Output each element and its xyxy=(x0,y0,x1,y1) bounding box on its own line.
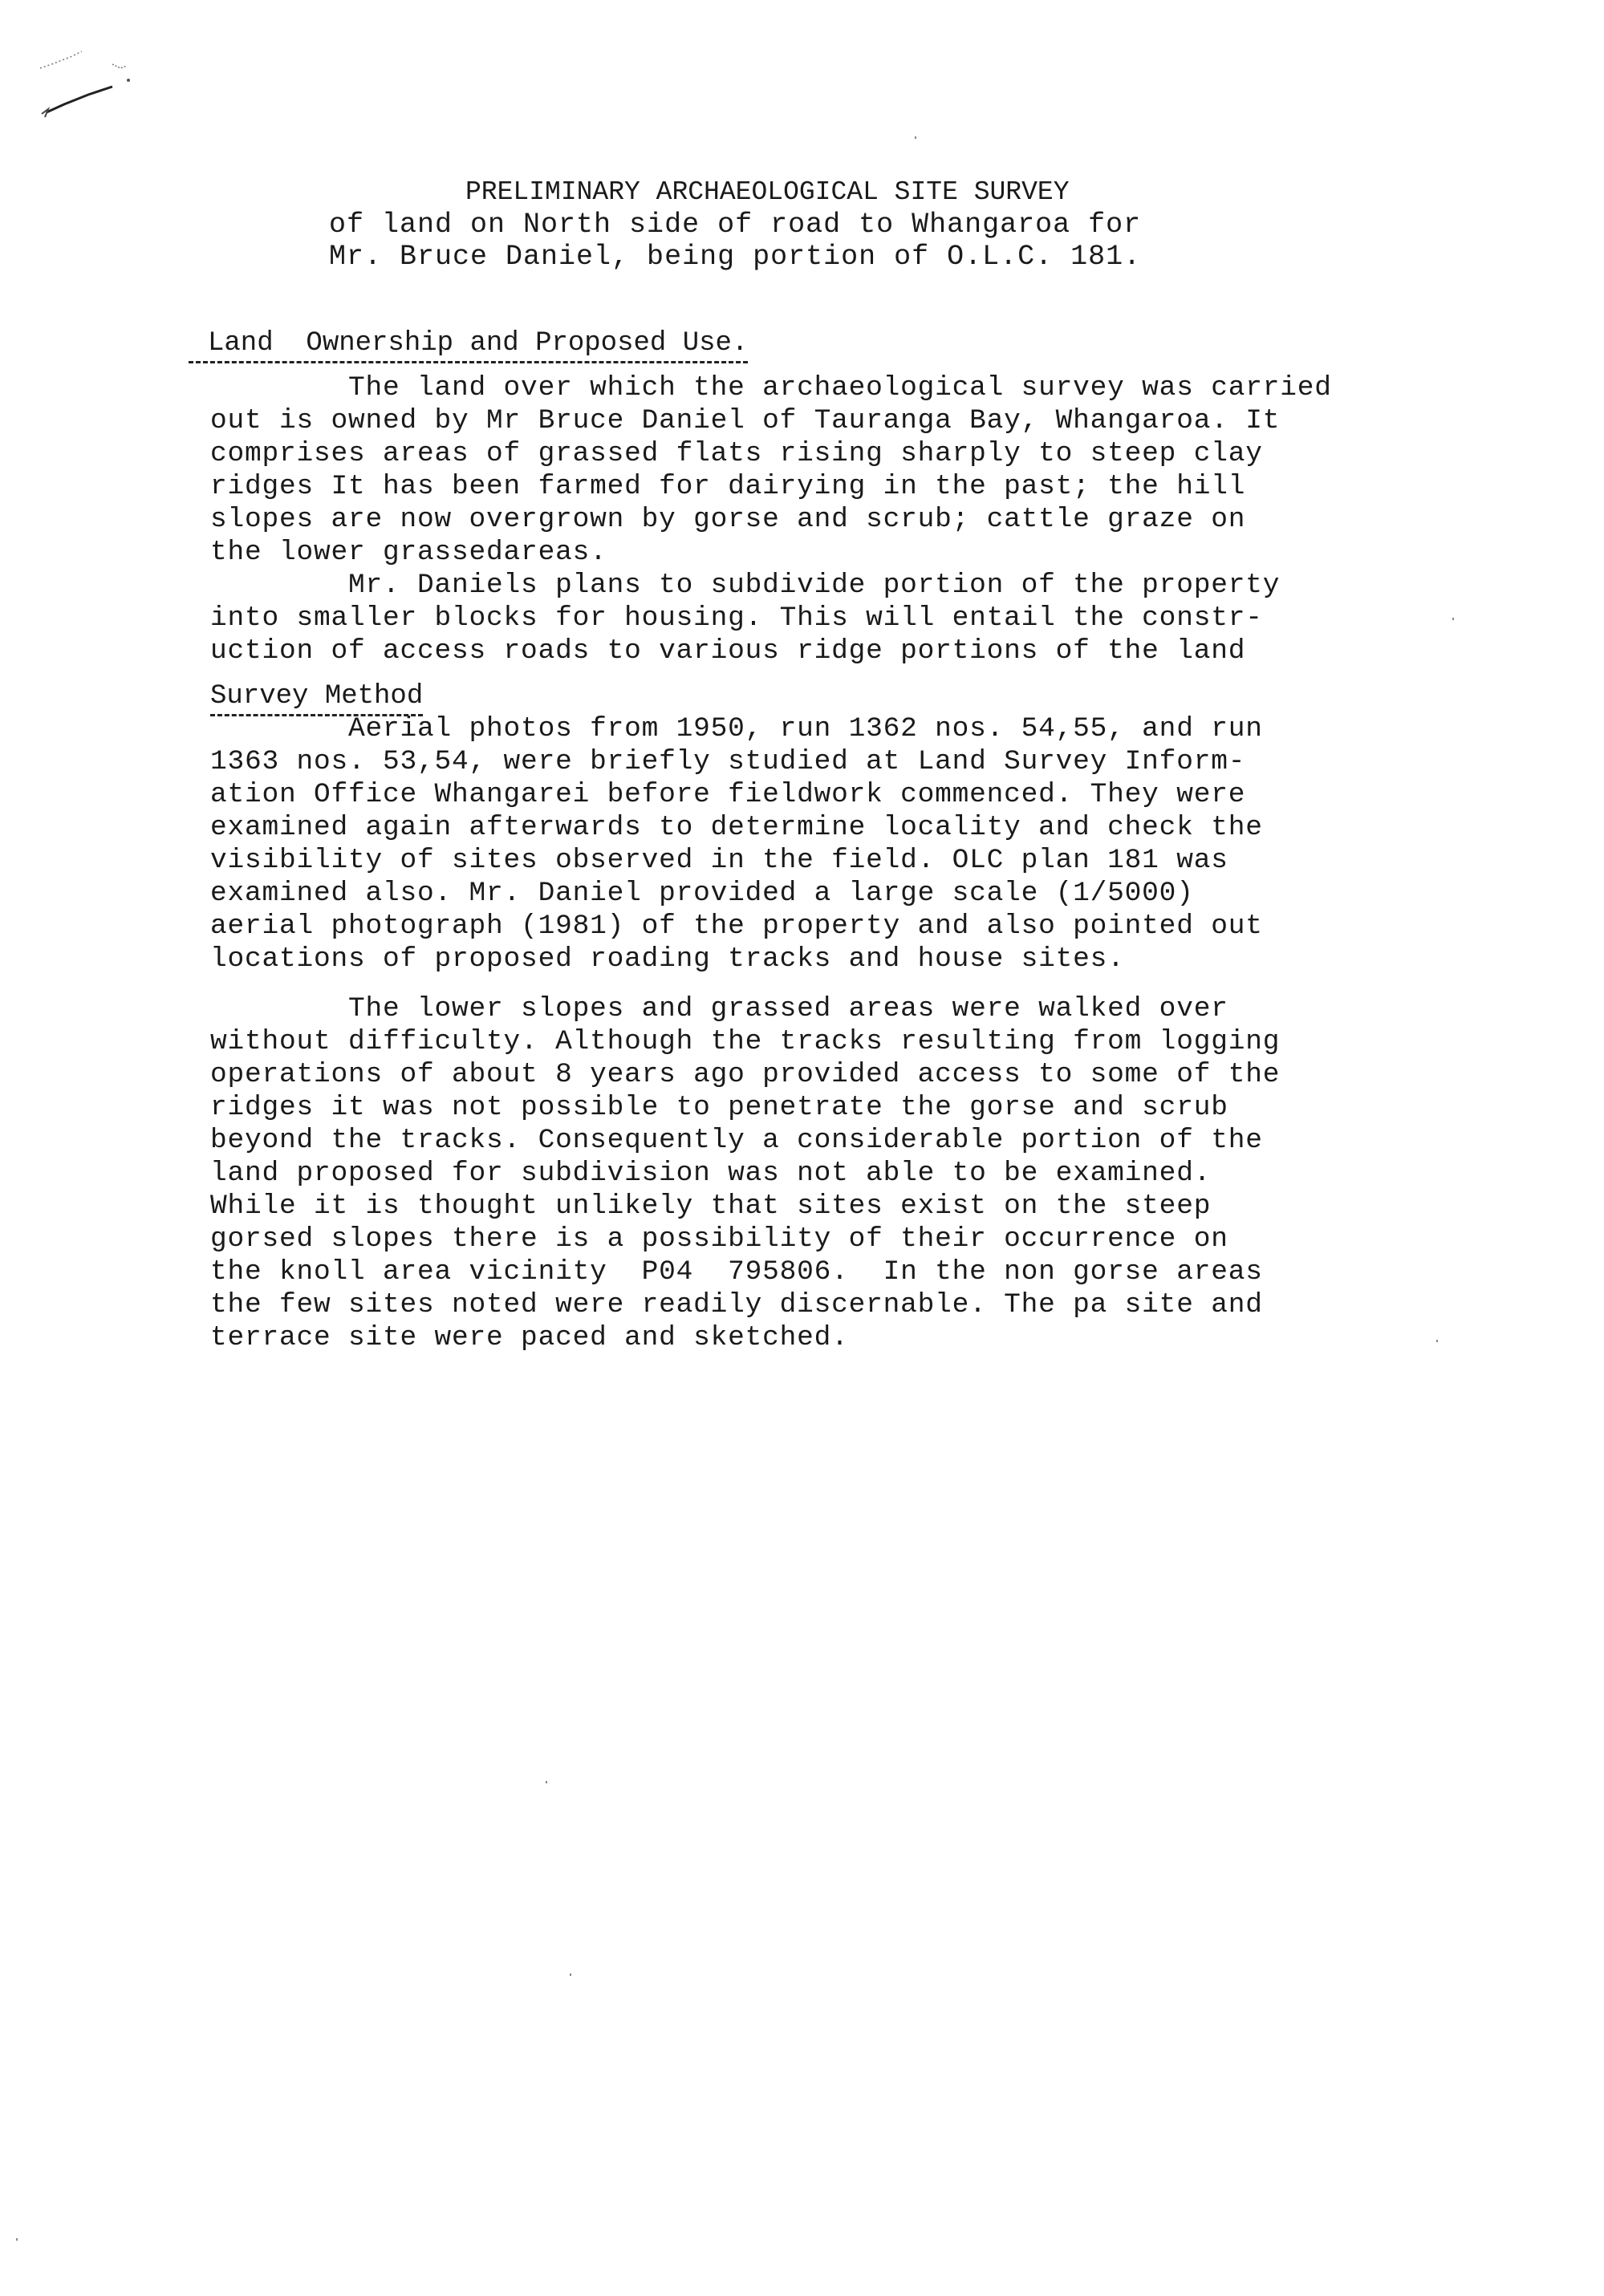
scan-speck xyxy=(1452,618,1454,620)
scan-speck xyxy=(546,1781,547,1783)
title-line-2: of land on North side of road to Whangar… xyxy=(329,209,1141,241)
section-heading-survey-method: Survey Method xyxy=(210,680,423,716)
scan-speck xyxy=(570,1974,571,1976)
scan-speck xyxy=(16,2238,18,2241)
paragraph-land-description: The land over which the archaeological s… xyxy=(210,371,1446,569)
paragraph-proposed-use: Mr. Daniels plans to subdivide portion o… xyxy=(210,569,1446,667)
document-page: PRELIMINARY ARCHAEOLOGICAL SITE SURVEY o… xyxy=(0,0,1604,2296)
pen-scribble-mark xyxy=(32,32,136,128)
paragraph-aerial-photos: Aerial photos from 1950, run 1362 nos. 5… xyxy=(210,712,1446,976)
title-line-3: Mr. Bruce Daniel, being portion of O.L.C… xyxy=(329,241,1141,273)
paragraph-field-walk: The lower slopes and grassed areas were … xyxy=(210,992,1446,1354)
title-line-1: PRELIMINARY ARCHAEOLOGICAL SITE SURVEY xyxy=(465,176,1070,209)
scan-speck xyxy=(915,136,916,139)
section-heading-land-ownership: Land Ownership and Proposed Use. xyxy=(189,327,748,363)
scan-speck xyxy=(1436,1340,1438,1342)
